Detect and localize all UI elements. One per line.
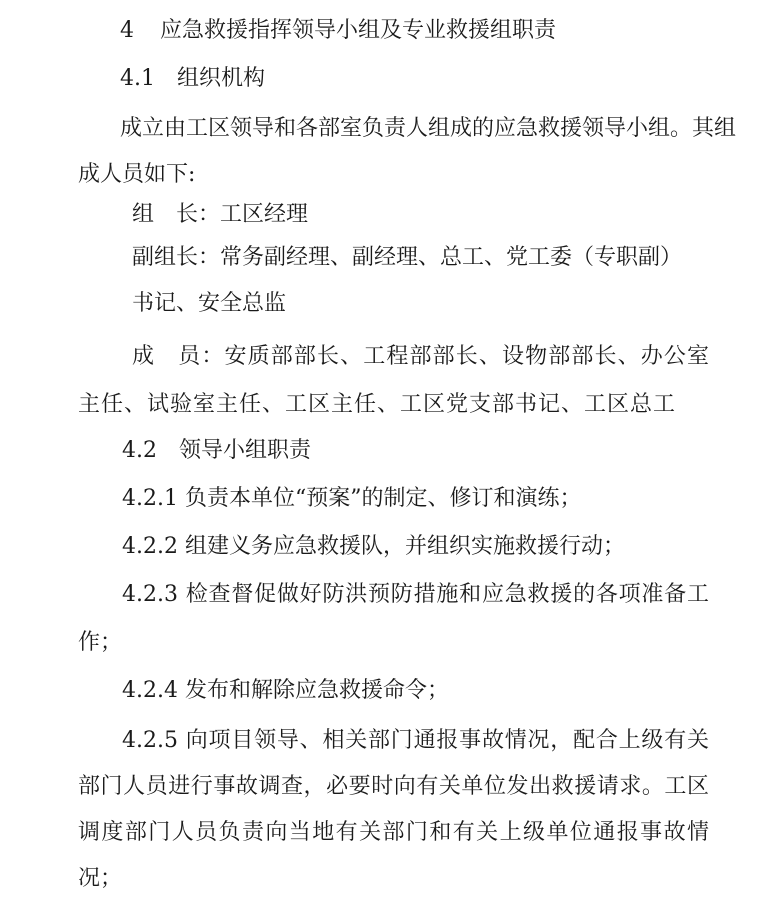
duty-4-2-2: 4.2.2 组建义务应急救援队，并组织实施救援行动； (122, 534, 625, 560)
section-number: 4 (120, 18, 134, 43)
duty-4-2-4: 4.2.4 发布和解除应急救援命令； (122, 678, 449, 704)
section-4-1-heading: 4.1组织机构 (120, 66, 265, 92)
section-4-2-heading: 4.2领导小组职责 (122, 438, 311, 464)
members-line-1: 成 员：安质部部长、工程部部长、设物部部长、办公室 (132, 344, 709, 370)
leader-line: 组 长：工区经理 (132, 202, 308, 228)
section-number: 4.1 (120, 66, 155, 91)
intro-paragraph-line-2: 成人员如下: (78, 162, 195, 188)
duty-4-2-5-line-3: 调度部门人员负责向当地有关部门和有关上级单位通报事故情 (78, 820, 709, 846)
duty-4-2-5-line-4: 况； (78, 866, 122, 892)
section-title: 领导小组职责 (179, 438, 311, 463)
section-title: 组织机构 (177, 66, 265, 91)
section-title: 应急救援指挥领导小组及专业救援组职责 (160, 18, 556, 43)
duty-4-2-3-line-2: 作； (78, 630, 122, 656)
section-number: 4.2 (122, 438, 157, 463)
duty-4-2-3-line-1: 4.2.3 检查督促做好防洪预防措施和应急救援的各项准备工 (122, 582, 709, 608)
duty-4-2-5-line-1: 4.2.5 向项目领导、相关部门通报事故情况，配合上级有关 (122, 728, 709, 754)
duty-4-2-5-line-2: 部门人员进行事故调查，必要时向有关单位发出救援请求。工区 (78, 774, 709, 800)
deputy-leader-line-1: 副组长：常务副经理、副经理、总工、党工委（专职副） (132, 245, 682, 271)
section-4-heading: 4应急救援指挥领导小组及专业救援组职责 (120, 18, 556, 44)
deputy-leader-line-2: 书记、安全总监 (132, 291, 286, 317)
duty-4-2-1: 4.2.1 负责本单位“预案”的制定、修订和演练； (122, 486, 581, 512)
members-line-2: 主任、试验室主任、工区主任、工区党支部书记、工区总工 (78, 392, 675, 418)
intro-paragraph-line-1: 成立由工区领导和各部室负责人组成的应急救援领导小组。其组 (120, 116, 709, 142)
